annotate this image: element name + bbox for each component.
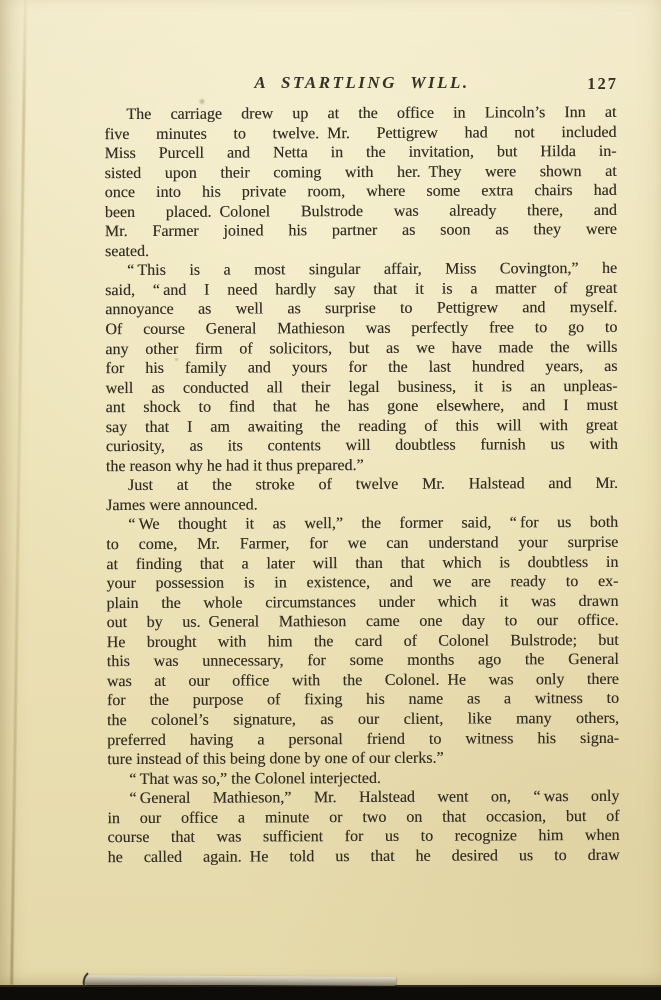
page-edge-strip <box>84 975 396 986</box>
page-text: The carriage drew up at the office in Li… <box>104 103 619 868</box>
text-line: annoyance as well as surprise to Pettigr… <box>105 298 617 320</box>
text-line: sisted upon their coming with her. They … <box>105 162 617 184</box>
text-line: the reason why he had it thus prepared.” <box>106 455 618 477</box>
text-line: to come, Mr. Farmer, for we can understa… <box>106 533 618 555</box>
text-line: preferred having a personal friend to wi… <box>107 728 619 750</box>
paragraph: “ That was so,” the Colonel interjected. <box>107 767 619 789</box>
book-page: A STARTLING WILL. 127 The carriage drew … <box>0 0 661 985</box>
page-crease <box>10 0 27 985</box>
text-line: at finding that a later will than that w… <box>106 552 618 574</box>
text-line: James were announced. <box>106 494 618 516</box>
text-line: “ This is a most singular affair, Miss C… <box>105 259 617 281</box>
text-line: course that was sufficient for us to rec… <box>107 826 619 848</box>
text-line: Miss Purcell and Netta in the invitation… <box>105 142 617 164</box>
text-line: seated. <box>105 240 617 262</box>
text-line: “ General Mathieson,” Mr. Halstead went … <box>107 787 619 809</box>
text-line: the colonel’s signature, as our client, … <box>107 709 619 731</box>
running-title: A STARTLING WILL. <box>106 73 618 93</box>
text-line: curiosity, as its contents will doubtles… <box>106 435 618 457</box>
text-line: plain the whole circumstances under whic… <box>106 592 618 614</box>
text-line: say that I am awaiting the reading of th… <box>106 416 618 438</box>
text-line: any other firm of solicitors, but as we … <box>105 337 617 359</box>
paragraph: “ General Mathieson,” Mr. Halstead went … <box>107 787 619 867</box>
text-line: he called again. He told us that he desi… <box>108 846 620 868</box>
text-line: said, “ and I need hardly say that it is… <box>105 279 617 301</box>
text-line: ture instead of this being done by one o… <box>107 748 619 770</box>
text-line: for his family and yours for the last hu… <box>105 357 617 379</box>
text-line: The carriage drew up at the office in Li… <box>104 103 616 125</box>
running-header: A STARTLING WILL. 127 <box>106 73 618 93</box>
text-line: Of course General Mathieson was perfectl… <box>105 318 617 340</box>
text-line: out by us. General Mathieson came one da… <box>107 611 619 633</box>
text-line: your possession is in existence, and we … <box>106 572 618 594</box>
text-line: for the purpose of fixing his name as a … <box>107 689 619 711</box>
paragraph: Just at the stroke of twelve Mr. Halstea… <box>106 474 618 515</box>
text-line: this was unnecessary, for some months ag… <box>107 650 619 672</box>
paragraph: The carriage drew up at the office in Li… <box>104 103 617 262</box>
text-line: “ We thought it as well,” the former sai… <box>106 513 618 535</box>
text-line: “ That was so,” the Colonel interjected. <box>107 767 619 789</box>
text-line: been placed. Colonel Bulstrode was alrea… <box>105 201 617 223</box>
text-line: Mr. Farmer joined his partner as soon as… <box>105 220 617 242</box>
text-line: He brought with him the card of Colonel … <box>107 631 619 653</box>
text-line: Just at the stroke of twelve Mr. Halstea… <box>106 474 618 496</box>
book-scan: A STARTLING WILL. 127 The carriage drew … <box>0 0 661 1000</box>
paragraph: “ This is a most singular affair, Miss C… <box>105 259 618 476</box>
text-line: ant shock to find that he has gone elsew… <box>106 396 618 418</box>
page-number: 127 <box>587 74 618 94</box>
text-line: in our office a minute or two on that oc… <box>107 807 619 829</box>
text-line: once into his private room, where some e… <box>105 181 617 203</box>
text-line: five minutes to twelve. Mr. Pettigrew ha… <box>104 122 616 144</box>
text-line: well as conducted all their legal busine… <box>106 377 618 399</box>
paragraph: “ We thought it as well,” the former sai… <box>106 513 619 769</box>
text-line: was at our office with the Colonel. He w… <box>107 670 619 692</box>
